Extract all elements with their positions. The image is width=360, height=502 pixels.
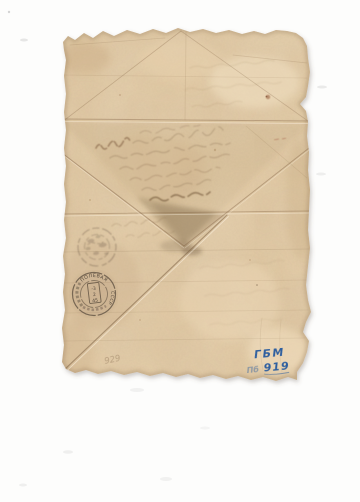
scan-background: ПОЛЕВАЯ СССР -3 2 45 929 ГБМ Пб xyxy=(0,0,360,502)
scanned-letter-image: ПОЛЕВАЯ СССР -3 2 45 929 ГБМ Пб xyxy=(0,0,360,502)
postmark-lower: ПОЛЕВАЯ СССР -3 2 45 xyxy=(71,271,117,317)
postmark-date-day: -3 xyxy=(91,286,96,293)
blue-note-prefix: Пб xyxy=(246,364,260,375)
blue-note-line1: ГБМ xyxy=(254,346,286,362)
postmark-date-year: 45 xyxy=(92,298,99,305)
blue-note-line2: 919 xyxy=(263,359,290,374)
letter-sheet: ПОЛЕВАЯ СССР -3 2 45 929 ГБМ Пб xyxy=(57,26,314,384)
